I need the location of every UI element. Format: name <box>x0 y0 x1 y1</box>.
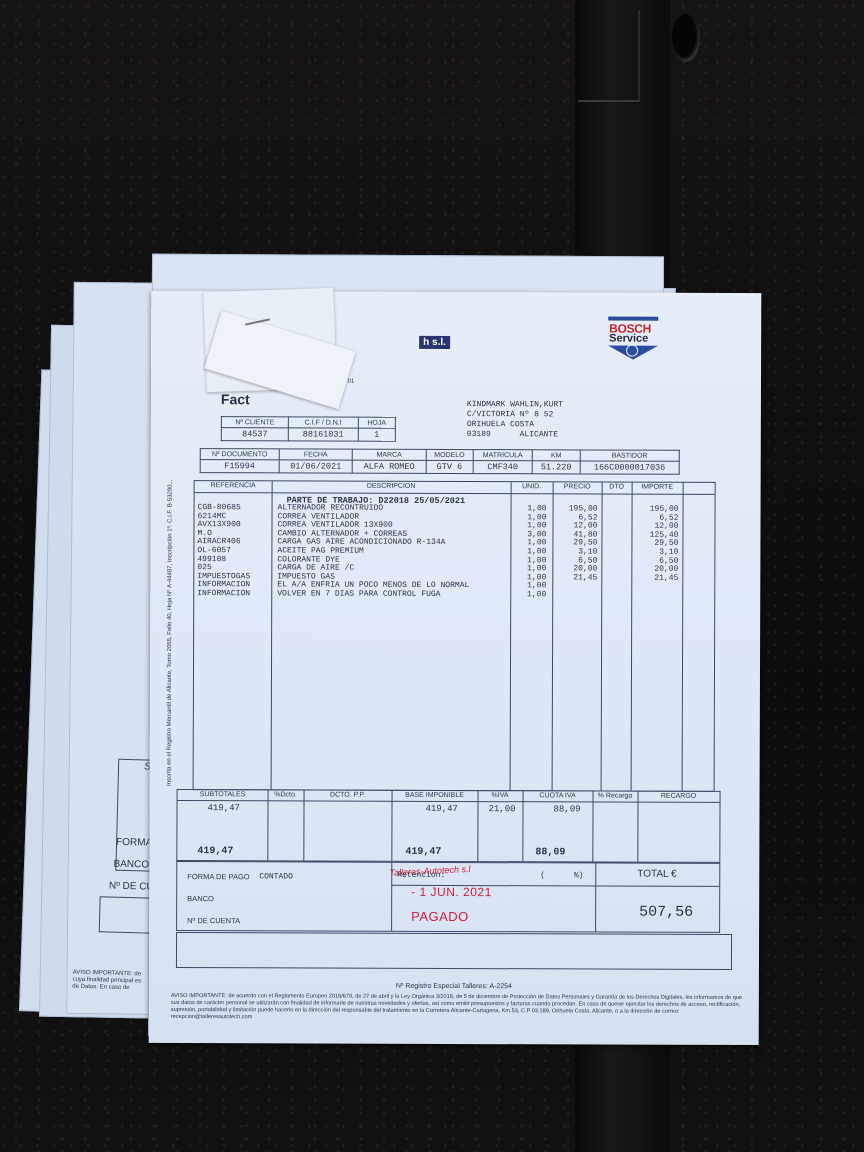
invoice-lines: REFERENCIADESCRIPCIONUNID.PRECIODTOIMPOR… <box>193 480 716 792</box>
company-logo: h s.l. <box>419 336 450 349</box>
totals-header: % Recargo <box>593 792 638 799</box>
payment-box: FORMA DE PAGO CONTADO BANCO Nº DE CUENTA… <box>176 861 720 933</box>
bosch-service-logo: BOSCH Service <box>608 317 658 362</box>
cuota-total: 88,09 <box>535 847 565 858</box>
totals-header: %IVA <box>478 792 523 799</box>
trim-notch <box>578 10 640 102</box>
totals-header: CUOTA IVA <box>523 792 593 799</box>
banco-label: BANCO <box>187 894 214 903</box>
forma-pago-label: FORMA DE PAGO <box>187 872 249 881</box>
privacy-notice: AVISO IMPORTANTE: de acuerdo con el Regl… <box>171 993 746 1023</box>
totals-table: SUBTOTALES%Dcto.DCTO. P.P.BASE IMPONIBLE… <box>176 789 720 863</box>
retencion-value: ( %) <box>540 871 583 880</box>
subtotal-total: 419,47 <box>197 846 233 857</box>
customer-address: KINDMARK WAHLIN,KURTC/VICTORIA Nº 8 52OR… <box>467 400 563 440</box>
forma-pago-value: CONTADO <box>259 872 293 881</box>
aviso-fragment: AVISO IMPORTANTE: de cuya finalidad prin… <box>72 970 143 993</box>
cuota-line: 88,09 <box>553 804 580 814</box>
registry-number: Nº Registro Especial Talleres: A-2254 <box>149 982 759 991</box>
total-value: 507,56 <box>639 904 693 921</box>
trim-hole <box>672 14 700 62</box>
subtotal-line: 419,47 <box>207 803 239 813</box>
cuenta-label: Nº DE CUENTA <box>187 916 240 925</box>
base-total: 419,47 <box>405 847 441 858</box>
retencion-label: Retencion: <box>397 871 445 880</box>
totals-header: BASE IMPONIBLE <box>392 792 478 799</box>
document-table: Nº DOCUMENTOFECHAMARCAMODELOMATRICULAKMB… <box>200 448 680 475</box>
notes-box <box>176 932 732 970</box>
column-header: DESCRIPCION <box>272 482 511 490</box>
column-header: DTO <box>602 484 632 491</box>
iva-pct: 21,00 <box>488 804 515 814</box>
base-line: 419,47 <box>425 804 457 814</box>
total-label: TOTAL € <box>637 869 676 880</box>
client-table: Nº CLIENTE C.I.F / D.N.I HOJA 84537 8816… <box>221 416 396 442</box>
totals-header: DCTO. P.P. <box>304 791 392 798</box>
column-header: REFERENCIA <box>195 482 272 489</box>
bosch-armature-icon <box>626 345 638 357</box>
column-header: UNID. <box>511 483 553 490</box>
column-header: IMPORTE <box>632 484 683 491</box>
column-header: PRECIO <box>553 483 602 490</box>
totals-header: RECARGO <box>638 793 720 800</box>
invoice-sheet: h s.l. 82 83 01 Fact BOSCH Service KINDM… <box>149 291 762 1045</box>
registry-vertical-note: Inscrita en el Registro Mercantil de Ali… <box>167 480 174 786</box>
totals-header: %Dcto. <box>268 791 304 798</box>
totals-header: SUBTOTALES <box>178 791 268 798</box>
table-row: INFORMACIONVOLVER EN 7 DIAS PARA CONTROL… <box>194 590 714 600</box>
banco-label: BANCO <box>113 859 149 871</box>
invoice-title: Fact <box>221 391 250 407</box>
